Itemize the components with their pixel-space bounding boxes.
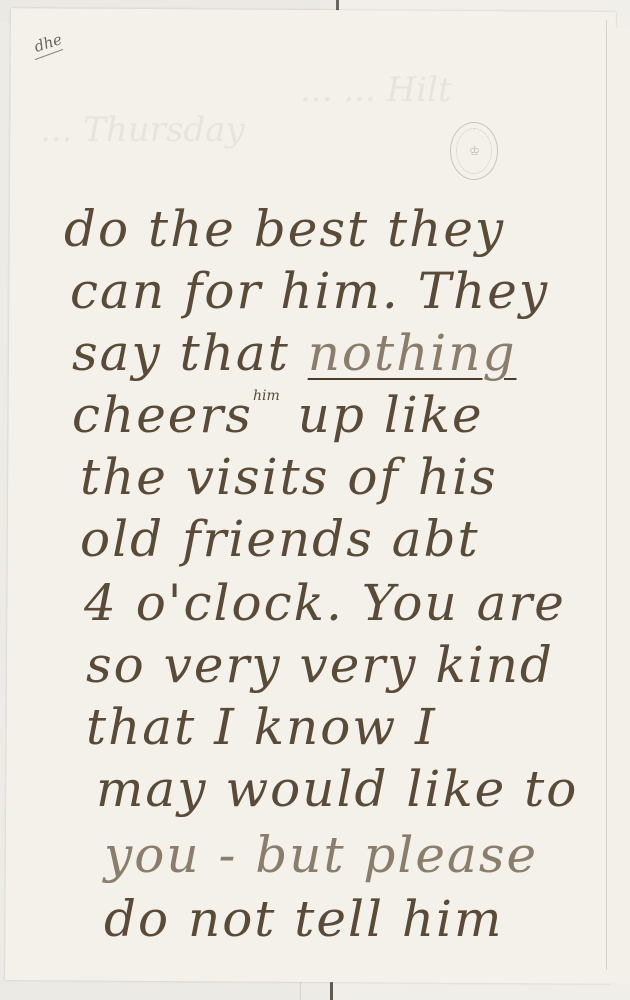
fold-crease	[606, 20, 607, 970]
line-4-text-a: cheers	[72, 386, 253, 444]
letter-line-4: cheershim up like	[72, 386, 484, 444]
seal-monogram: ♔	[456, 128, 492, 174]
letter-line-3: say that nothing	[72, 324, 517, 382]
line-3-text: say that	[72, 324, 308, 382]
letter-line-5: the visits of his	[80, 448, 498, 506]
letter-line-11: you - but please	[104, 826, 538, 884]
letter-line-6: old friends abt	[80, 510, 480, 568]
letter-line-12: do not tell him	[104, 890, 503, 948]
letter-line-9: that I know I	[86, 698, 437, 756]
line-4-text-b: up like	[280, 386, 484, 444]
letter-line-8: so very very kind	[86, 636, 554, 694]
letter-line-7: 4 o'clock. You are	[84, 574, 566, 632]
underlined-word: nothing	[308, 324, 517, 382]
folded-flap	[607, 28, 630, 983]
seal-monogram-glyph: ♔	[469, 144, 479, 158]
letter-line-1: do the best they	[64, 200, 505, 258]
inserted-word: him	[253, 388, 280, 404]
letter-line-2: can for him. They	[70, 262, 549, 320]
show-through-text-1: ... ... Hilt	[300, 70, 452, 110]
show-through-text-2: ... Thursday	[40, 110, 245, 150]
letter-line-10: may would like to	[96, 760, 578, 818]
embossed-seal-icon: ♔	[450, 122, 498, 180]
